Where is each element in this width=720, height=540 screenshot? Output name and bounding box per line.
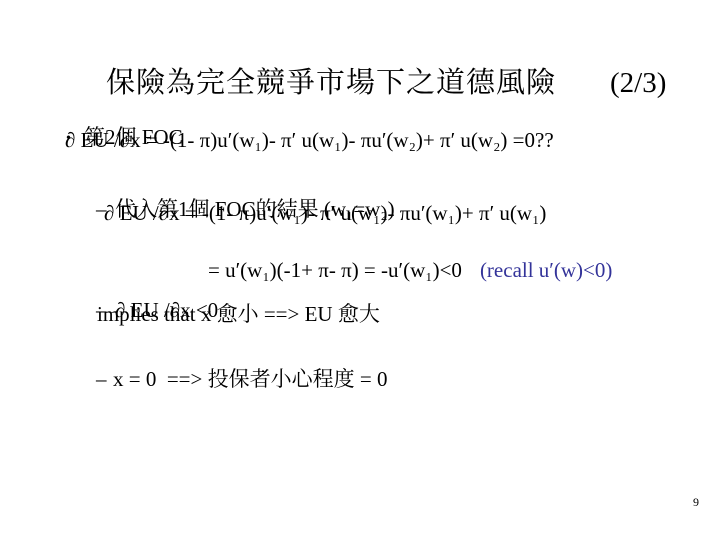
dash-marker-icon: – xyxy=(96,366,113,392)
formula-substituted: ∂ EU /∂x = -(1- π)u′(w₁)- π′ u(w₁)- πu′(… xyxy=(104,200,546,226)
slide-title-text: 保險為完全競爭市場下之道德風險 xyxy=(106,67,556,99)
page-number: 9 xyxy=(693,495,699,510)
recall-note: (recall u′(w)<0) xyxy=(480,258,612,282)
slide-canvas: 保險為完全競爭市場下之道德風險(2/3) •第2個 FOC ∂ EU /∂x =… xyxy=(0,0,720,540)
formula-foc2: ∂ EU /∂x = -(1- π)u′(w₁)- π′ u(w₁)- πu′(… xyxy=(65,127,554,153)
subitem-x-zero: –x = 0 ==> 投保者小心程度 = 0 xyxy=(75,340,387,419)
formula-simplified: = u′(w₁)(-1+ π- π) = -u′(w₁)<0(recall u′… xyxy=(187,231,612,310)
slide-title-page-indicator: (2/3) xyxy=(610,67,666,99)
subitem-x-zero-label: x = 0 ==> 投保者小心程度 = 0 xyxy=(113,367,387,391)
implication-line: implies that x 愈小 ==> EU 愈大 xyxy=(97,301,380,327)
formula-simplified-main: = u′(w₁)(-1+ π- π) = -u′(w₁)<0 xyxy=(208,258,462,282)
